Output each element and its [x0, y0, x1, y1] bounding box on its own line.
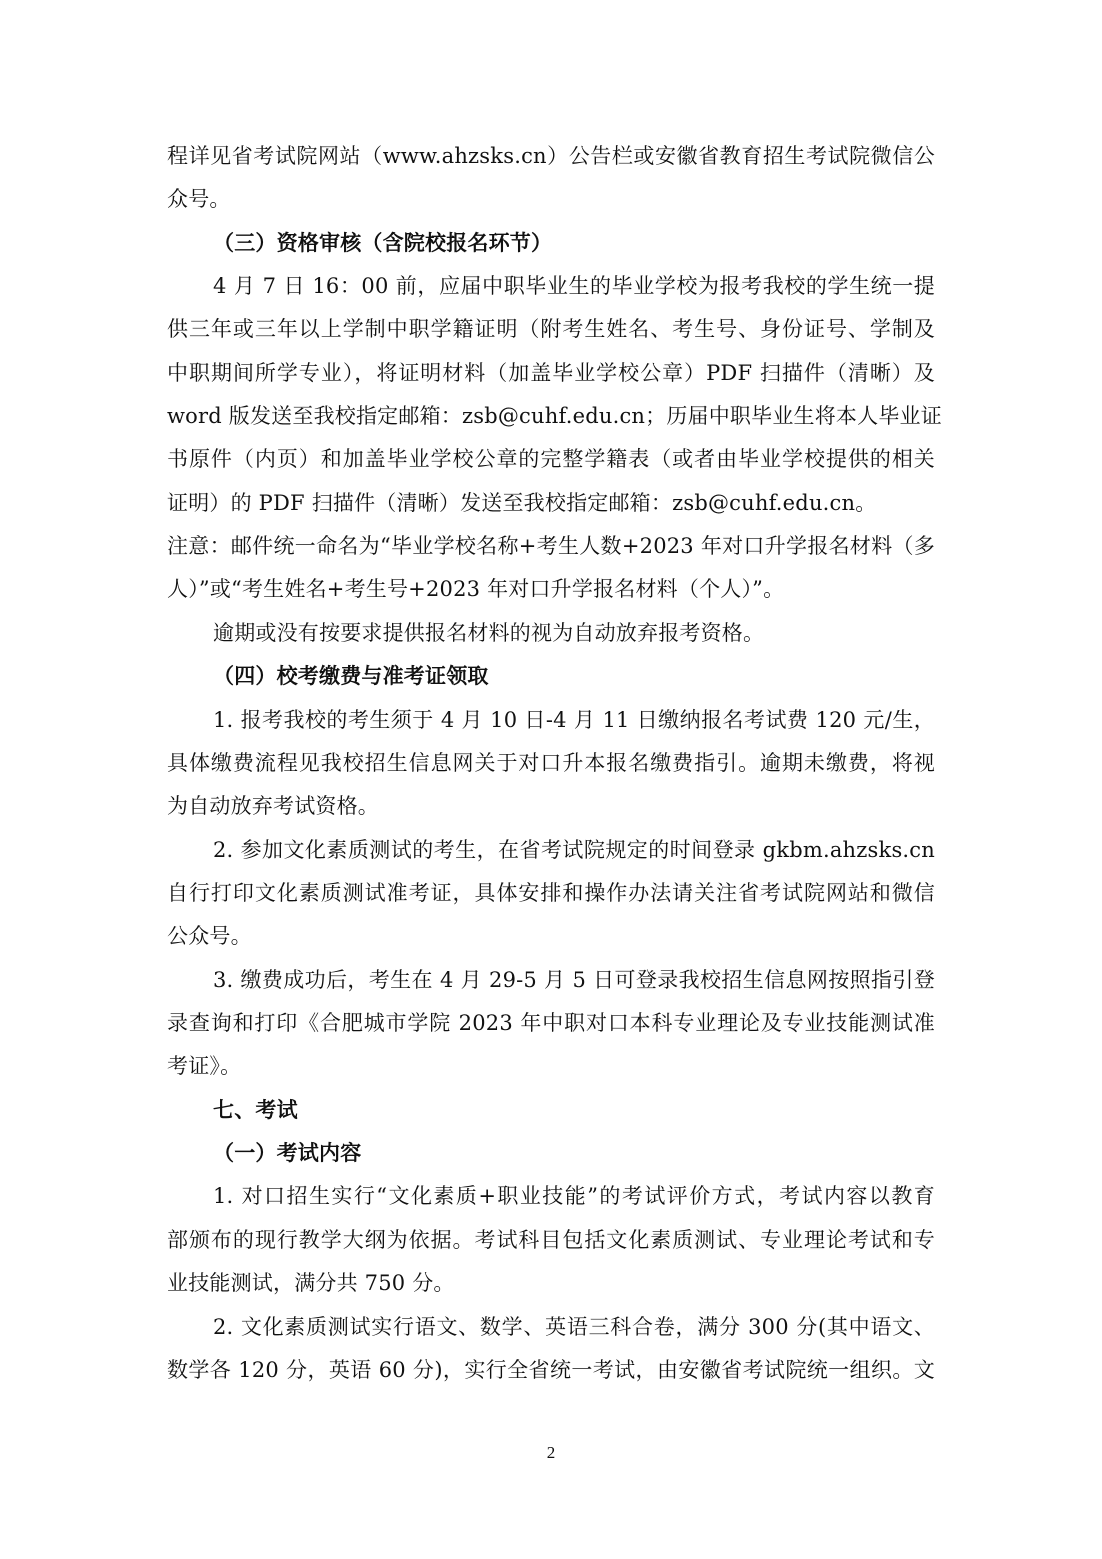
paragraph-line: 证明）的 PDF 扫描件（清晰）发送至我校指定邮箱：zsb@cuhf.edu.c…: [167, 488, 935, 518]
paragraph-line: 考证》。: [167, 1051, 935, 1081]
section-heading: （三）资格审核（含院校报名环节）: [213, 228, 935, 258]
page-number: 2: [0, 1443, 1102, 1463]
section-heading: 七、考试: [213, 1095, 935, 1125]
paragraph-line: 注意：邮件统一命名为“毕业学校名称+考生人数+2023 年对口升学报名材料（多: [167, 531, 935, 561]
paragraph-line: 为自动放弃考试资格。: [167, 791, 935, 821]
document-page: 程详见省考试院网站（www.ahzsks.cn）公告栏或安徽省教育招生考试院微信…: [0, 0, 1102, 1559]
paragraph-line: 3. 缴费成功后，考生在 4 月 29-5 月 5 日可登录我校招生信息网按照指…: [213, 965, 935, 995]
paragraph-line: 自行打印文化素质测试准考证，具体安排和操作办法请关注省考试院网站和微信: [167, 878, 935, 908]
paragraph-line: 逾期或没有按要求提供报名材料的视为自动放弃报考资格。: [213, 618, 935, 648]
paragraph-line: 程详见省考试院网站（www.ahzsks.cn）公告栏或安徽省教育招生考试院微信…: [167, 141, 935, 171]
paragraph-line: 1. 报考我校的考生须于 4 月 10 日-4 月 11 日缴纳报名考试费 12…: [213, 705, 935, 735]
paragraph-line: 具体缴费流程见我校招生信息网关于对口升本报名缴费指引。逾期未缴费，将视: [167, 748, 935, 778]
paragraph-line: 1. 对口招生实行“文化素质+职业技能”的考试评价方式，考试内容以教育: [213, 1181, 935, 1211]
paragraph-line: 中职期间所学专业），将证明材料（加盖毕业学校公章）PDF 扫描件（清晰）及: [167, 358, 935, 388]
section-heading: （一）考试内容: [213, 1138, 935, 1168]
section-heading: （四）校考缴费与准考证领取: [213, 661, 935, 691]
paragraph-line: 业技能测试，满分共 750 分。: [167, 1268, 935, 1298]
paragraph-line: word 版发送至我校指定邮箱：zsb@cuhf.edu.cn；历届中职毕业生将…: [167, 401, 935, 431]
paragraph-line: 数学各 120 分，英语 60 分)，实行全省统一考试，由安徽省考试院统一组织。…: [167, 1355, 935, 1385]
paragraph-line: 供三年或三年以上学制中职学籍证明（附考生姓名、考生号、身份证号、学制及: [167, 314, 935, 344]
paragraph-line: 2. 文化素质测试实行语文、数学、英语三科合卷，满分 300 分(其中语文、: [213, 1312, 935, 1342]
paragraph-line: 4 月 7 日 16：00 前，应届中职毕业生的毕业学校为报考我校的学生统一提: [213, 271, 935, 301]
paragraph-line: 公众号。: [167, 921, 935, 951]
paragraph-line: 2. 参加文化素质测试的考生，在省考试院规定的时间登录 gkbm.ahzsks.…: [213, 835, 935, 865]
paragraph-line: 录查询和打印《合肥城市学院 2023 年中职对口本科专业理论及专业技能测试准: [167, 1008, 935, 1038]
paragraph-line: 部颁布的现行教学大纲为依据。考试科目包括文化素质测试、专业理论考试和专: [167, 1225, 935, 1255]
paragraph-line: 人）”或“考生姓名+考生号+2023 年对口升学报名材料（个人）”。: [167, 574, 935, 604]
paragraph-line: 众号。: [167, 184, 935, 214]
paragraph-line: 书原件（内页）和加盖毕业学校公章的完整学籍表（或者由毕业学校提供的相关: [167, 444, 935, 474]
